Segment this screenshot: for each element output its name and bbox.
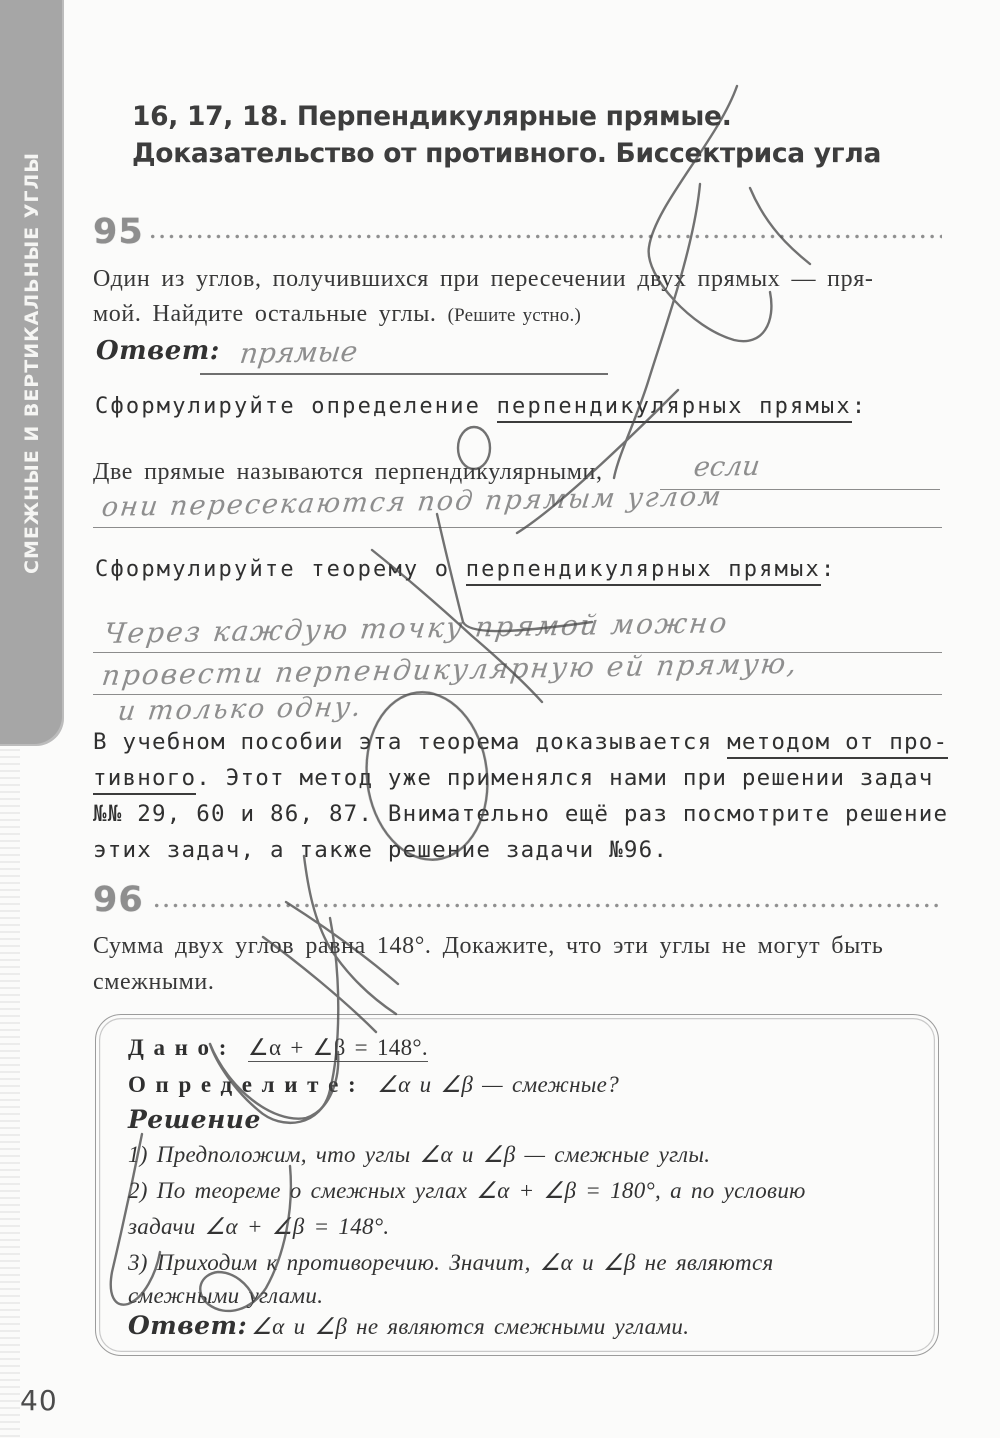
theorem-prompt: Сформулируйте теорему о перпендикулярных… [95,557,836,582]
page-number: 40 [20,1384,58,1417]
solution-step3-line2: смежными углами. [128,1283,323,1309]
chapter-tab-label: СМЕЖНЫЕ И ВЕРТИКАЛЬНЫЕ УГЛЫ [21,152,43,574]
find-value: ∠α и ∠β — смежные? [377,1072,619,1097]
find-label: Определите: [128,1072,365,1097]
workbook-page-scan: СМЕЖНЫЕ И ВЕРТИКАЛЬНЫЕ УГЛЫ 16, 17, 18. … [0,0,1000,1438]
task-96-number: 96 [93,880,144,920]
method-note-paragraph: В учебном пособии эта теорема доказывает… [93,724,948,868]
task-96-statement-line2: смежными. [93,969,214,996]
box-answer-label: Ответ: [128,1311,247,1340]
task-95-statement-line2: мой. Найдите остальные углы. (Решите уст… [93,301,581,328]
note-line1: В учебном пособии эта теорема доказывает… [93,724,948,760]
solution-step2-line2: задачи ∠α + ∠β = 148°. [128,1214,389,1240]
note-line4: этих задач, а также решение задачи №96. [93,832,948,868]
given-label: Дано: [128,1035,236,1060]
solution-label: Решение [128,1105,261,1134]
given-line: Дано: ∠α + ∠β = 148°. [128,1035,428,1061]
theorem-handwriting-3: и только одну. [116,692,364,727]
note-line2: тивного. Этот метод уже применялся нами … [93,760,948,796]
solution-step1: 1) Предположим, что углы ∠α и ∠β — смежн… [128,1142,710,1168]
task-95-dotted-leader [148,234,942,239]
task-95-statement-line1: Один из углов, получившихся при пересече… [93,266,873,293]
definition-rule-2 [93,527,942,528]
solve-orally-note: (Решите устно.) [448,305,581,326]
answer-95-handwriting: прямые [238,335,359,370]
chapter-tab: СМЕЖНЫЕ И ВЕРТИКАЛЬНЫЕ УГЛЫ [0,0,64,746]
task-96-statement-line1: Сумма двух углов равна 148°. Докажите, ч… [93,933,883,960]
note-line3: №№ 29, 60 и 86, 87. Внимательно ещё раз … [93,796,948,832]
page-title: 16, 17, 18. Перпендикулярные прямые. Док… [132,98,922,172]
task-96-dotted-leader [152,903,942,908]
theorem-handwriting-2: провести перпендикулярную ей прямую, [100,647,800,692]
box-answer-line: Ответ: ∠α и ∠β не являются смежными угла… [128,1311,689,1340]
page-title-line1: 16, 17, 18. Перпендикулярные прямые. [132,98,922,135]
box-answer-value: ∠α и ∠β не являются смежными углами. [251,1314,689,1339]
definition-printed: Две прямые называются перпендикулярными, [93,459,603,486]
task-95-number: 95 [93,212,144,252]
answer-95-label: Ответ: [96,336,220,366]
solution-step2-line1: 2) По теореме о смежных углах ∠α + ∠β = … [128,1178,806,1204]
answer-95-rule [200,373,608,375]
definition-handwriting-2: они пересекаются под прямым углом [100,481,725,523]
definition-prompt: Сформулируйте определение перпендикулярн… [95,394,867,419]
definition-handwriting-1: если [692,451,762,483]
theorem-handwriting-1: Через каждую точку прямой можно [102,606,731,650]
solution-step3-line1: 3) Приходим к противоречию. Значит, ∠α и… [128,1250,773,1276]
page-title-line2: Доказательство от противного. Биссектрис… [132,135,922,172]
find-line: Определите: ∠α и ∠β — смежные? [128,1072,619,1098]
given-value: ∠α + ∠β = 148°. [248,1035,428,1062]
solution-box: Дано: ∠α + ∠β = 148°. Определите: ∠α и ∠… [95,1014,939,1356]
